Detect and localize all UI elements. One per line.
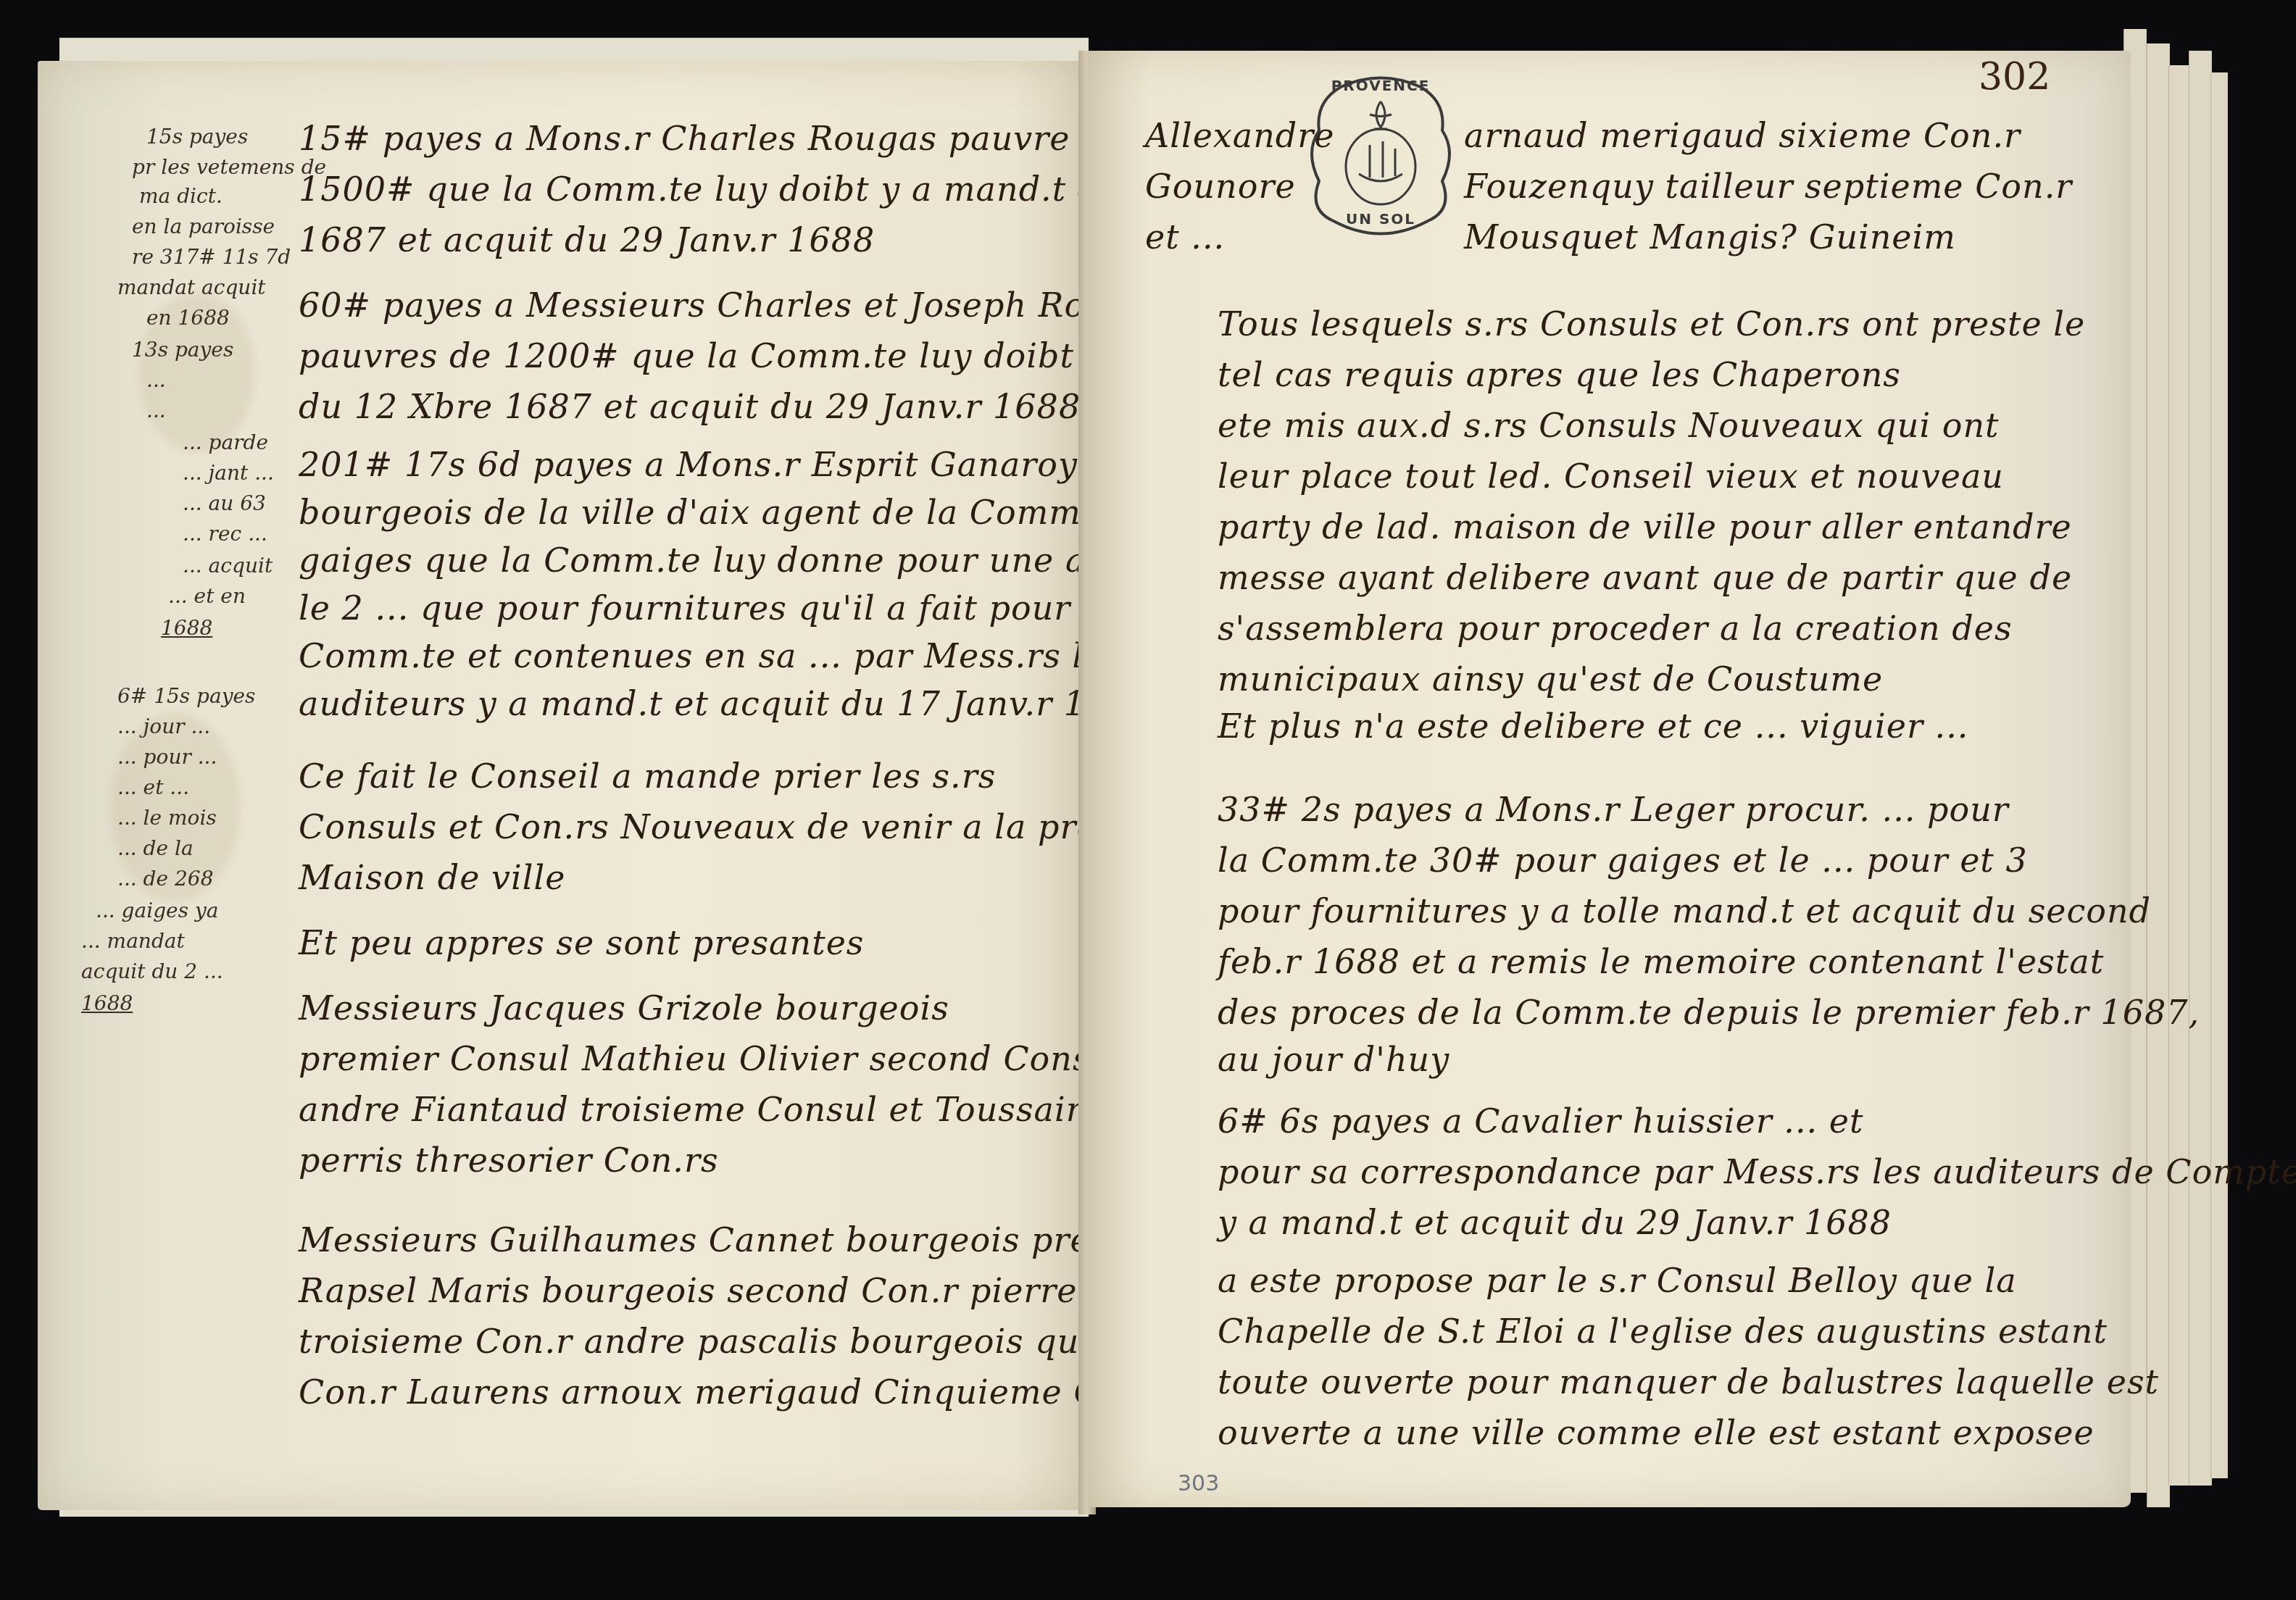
entry-line: Ce fait le Conseil a mande prier les s.r… [299,757,996,796]
left-page: 15s payes pr les vetemens de ma dict. en… [38,61,1096,1510]
margin-note: pr les vetemens de [132,155,326,179]
entry-line: Maison de ville [299,858,565,897]
entry-line: 6# 6s payes a Cavalier huissier ... et [1218,1101,1864,1141]
entry-line: 33# 2s payes a Mons.r Leger procur. ... … [1218,790,2009,829]
margin-note: ... de 268 [117,867,213,891]
entry-line: toute ouverte pour manquer de balustres … [1218,1362,2159,1401]
entry-line: feb.r 1688 et a remis le memoire contena… [1218,942,2104,981]
entry-line: Chapelle de S.t Eloi a l'eglise des augu… [1218,1312,2108,1351]
margin-note: ... jant ... [183,461,274,485]
entry-line: auditeurs y a mand.t et acquit du 17 Jan… [299,684,1152,723]
stamp-top-text: PROVENCE [1297,77,1464,94]
entry-line: pour sa correspondance par Mess.rs les a… [1218,1152,2296,1191]
page-stack-edge [2210,72,2228,1478]
margin-note: ... [146,399,166,422]
entry-line: le 2 ... que pour fournitures qu'il a fa… [299,588,1114,628]
entry-line: ouverte a une ville comme elle est estan… [1218,1413,2095,1452]
entry-line: Tous lesquels s.rs Consuls et Con.rs ont… [1218,304,2085,343]
entry-line: party de lad. maison de ville pour aller… [1218,507,2072,546]
page-stack-edge [2147,43,2170,1507]
entry-line: andre Fiantaud troisieme Consul et Touss… [299,1090,1102,1129]
entry-line: 60# payes a Messieurs Charles et Joseph … [299,286,1213,325]
entry-line: municipaux ainsy qu'est de Coustume [1218,659,1883,699]
header-name-left: et ... [1145,217,1225,257]
entry-line: des proces de la Comm.te depuis le premi… [1218,993,2200,1032]
entry-line: ete mis aux.d s.rs Consuls Nouveaux qui … [1218,406,2000,445]
header-name-right: Mousquet Mangis? Guineim [1464,217,1956,257]
margin-note: ... rec ... [183,522,267,546]
entry-line: Rapsel Maris bourgeois second Con.r pier… [299,1271,1177,1310]
margin-note: mandat acquit [117,275,266,299]
entry-line: s'assemblera pour proceder a la creation… [1218,609,2013,648]
entry-line: la Comm.te 30# pour gaiges et le ... pou… [1218,841,2028,880]
margin-note: 13s payes [132,338,233,362]
entry-line: Messieurs Jacques Grizole bourgeois [299,988,949,1028]
margin-note: ... parde [183,430,268,454]
margin-note: ... gaiges ya [96,899,218,922]
entry-line: Et peu appres se sont presantes [299,923,864,962]
entry-line: perris thresorier Con.rs [299,1141,718,1180]
margin-note: 15s payes [146,125,248,149]
entry-line: du 12 Xbre 1687 et acquit du 29 Janv.r 1… [299,387,1081,426]
margin-note: ... le mois [117,806,217,830]
margin-note: ... jour ... [117,714,210,738]
entry-line: au jour d'huy [1218,1040,1449,1079]
pencil-folio-number: 303 [1178,1471,1219,1496]
entry-line: a este propose par le s.r Consul Belloy … [1218,1261,2017,1300]
entry-line: Con.r Laurens arnoux merigaud Cinquieme … [299,1372,1171,1412]
margin-note: ... acquit [183,554,273,578]
entry-line: premier Consul Mathieu Olivier second Co… [299,1039,1124,1078]
right-page: 302 Allexandre Gounore et ... arnaud mer… [1087,51,2131,1507]
entry-line: Et plus n'a este delibere et ce ... vigu… [1218,707,1968,746]
margin-note: en 1688 [146,306,230,330]
entry-line: tel cas requis apres que les Chaperons [1218,355,1901,394]
margin-note: ma dict. [139,184,222,208]
entry-line: leur place tout led. Conseil vieux et no… [1218,457,2004,496]
margin-note: en la paroisse [132,214,275,238]
entry-line: 1687 et acquit du 29 Janv.r 1688 [299,220,875,259]
header-name-right: arnaud merigaud sixieme Con.r [1464,116,2021,155]
entry-line: 15# payes a Mons.r Charles Rougas pauvre… [299,119,1124,158]
page-stack-edge [2189,51,2212,1486]
entry-line: 201# 17s 6d payes a Mons.r Esprit Ganaro… [299,445,1078,484]
header-name-left: Gounore [1145,167,1296,206]
stamp-bottom-text: UN SOL [1297,210,1464,228]
margin-note: ... et en [168,584,246,608]
margin-note: ... [146,368,166,392]
margin-note: ... au 63 [183,491,266,515]
entry-line: y a mand.t et acquit du 29 Janv.r 1688 [1218,1203,1892,1242]
entry-line: pour fournitures y a tolle mand.t et acq… [1218,891,2151,930]
folio-number: 302 [1979,55,2050,99]
margin-note: re 317# 11s 7d [132,245,291,269]
margin-note: ... pour ... [117,745,217,769]
margin-note: acquit du 2 ... [81,959,223,983]
margin-note: 1688 [161,616,212,640]
header-name-right: Fouzenquy tailleur septieme Con.r [1464,167,2072,206]
entry-line: Comm.te et contenues en sa ... par Mess.… [299,636,1122,675]
margin-note: ... et ... [117,775,189,799]
entry-line: messe ayant delibere avant que de partir… [1218,558,2072,597]
margin-note: 1688 [81,991,133,1015]
margin-note: 6# 15s payes [117,684,255,708]
tax-stamp: PROVENCE UN SOL [1297,72,1464,246]
entry-line: Consuls et Con.rs Nouveaux de venir a la… [299,807,1192,846]
margin-note: ... mandat [81,929,185,953]
margin-note: ... de la [117,836,194,860]
